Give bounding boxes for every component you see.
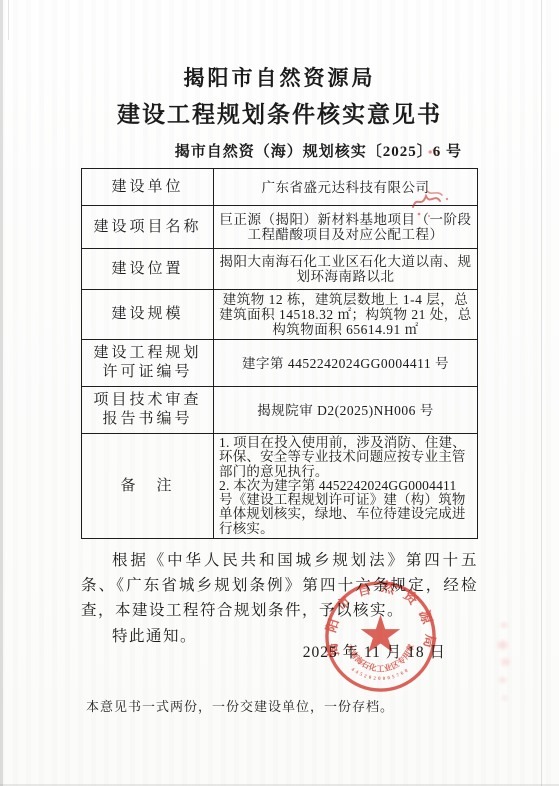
table-row-remarks: 备 注 1. 项目在投入使用前，涉及消防、住建、环保、安全等专业技术问题应按专业… [82, 434, 478, 539]
table-row-permit-number: 建设工程规划许可证编号 建字第 4452242024GG0004411 号 [82, 340, 478, 387]
row-label: 项目技术审查报告书编号 [82, 387, 214, 434]
row-label: 建设规模 [82, 290, 214, 340]
table-row-review-report-number: 项目技术审查报告书编号 揭规院审 D2(2025)NH006 号 [82, 387, 478, 434]
row-label: 建设项目名称 [82, 206, 214, 249]
red-ink-annotation [407, 187, 457, 219]
seal-sub-text: 大南海石化工业区专用章 [345, 642, 417, 673]
stamp-bleedthrough [490, 610, 518, 710]
table-row-scale: 建设规模 建筑物 12 栋，建筑层数地上 1-4 层，总建筑面积 14518.3… [82, 290, 478, 340]
star-icon [361, 615, 401, 653]
document-title-agency: 揭阳市自然资源局 [0, 62, 559, 92]
svg-text:大南海石化工业区专用章: 大南海石化工业区专用章 [345, 642, 417, 673]
row-label: 建设单位 [82, 169, 214, 206]
row-value: 揭阳大南海石化工业区石化大道以南、规划环海南路以北 [214, 249, 478, 290]
document-number: 揭市自然资（海）规划核实〔2025〕6 号 [81, 140, 478, 161]
row-value: 建筑物 12 栋，建筑层数地上 1-4 层，总建筑面积 14518.32 ㎡；构… [214, 290, 478, 340]
scan-edge-right [541, 0, 542, 786]
official-seal: 揭阳市自然资源局 大南海石化工业区专用章 4452020005760 [321, 577, 440, 696]
row-value: 揭规院审 D2(2025)NH006 号 [214, 387, 478, 434]
table-row-location: 建设位置 揭阳大南海石化工业区石化大道以南、规划环海南路以北 [82, 249, 478, 290]
scan-edge-left [0, 0, 3, 786]
red-ink-speck [426, 148, 440, 158]
document-page: 揭阳市自然资源局 建设工程规划条件核实意见书 揭市自然资（海）规划核实〔2025… [0, 0, 559, 786]
document-title-type: 建设工程规划条件核实意见书 [0, 96, 559, 129]
row-value: 建字第 4452242024GG0004411 号 [214, 340, 478, 387]
row-label: 备 注 [82, 434, 214, 539]
row-label: 建设工程规划许可证编号 [82, 340, 214, 387]
row-label: 建设位置 [82, 249, 214, 290]
project-info-table: 建设单位 广东省盛元达科技有限公司 建设项目名称 巨正源（揭阳）新材料基地项目（… [81, 168, 478, 539]
distribution-note: 本意见书一式两份，一份交建设单位，一份存档。 [86, 696, 394, 715]
scan-edge-artifact [8, 0, 9, 40]
row-value: 1. 项目在投入使用前，涉及消防、住建、环保、安全等专业技术问题应按专业主管部门… [214, 434, 478, 539]
